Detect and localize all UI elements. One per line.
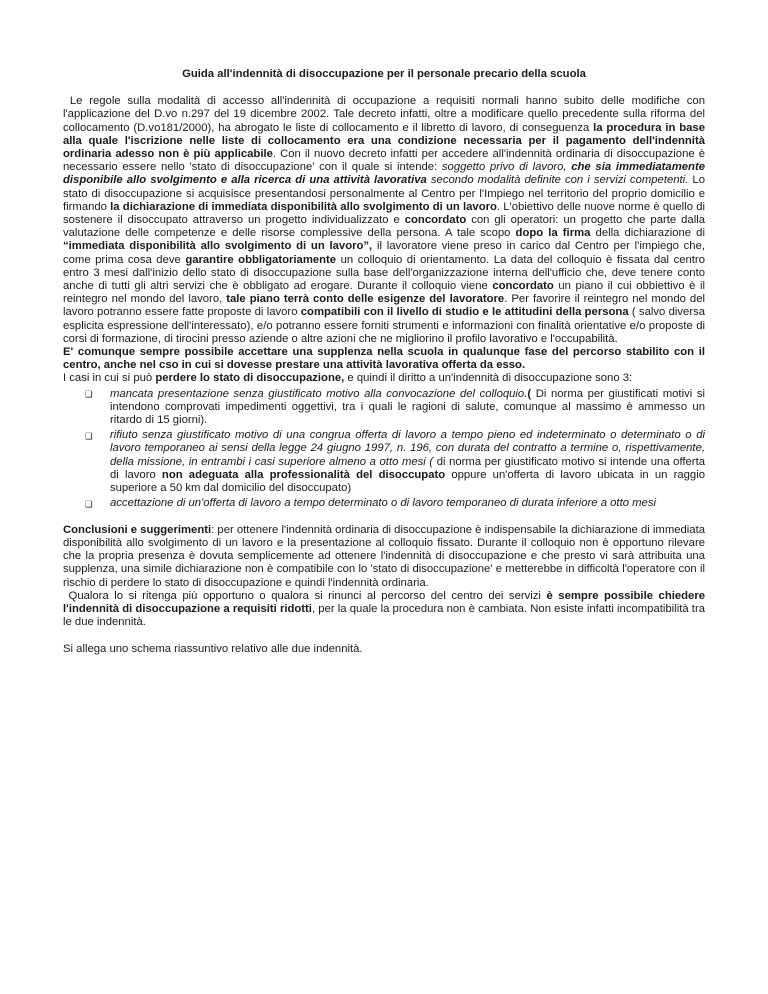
text-run: mancata presentazione senza giustificato… [110, 388, 527, 400]
paragraph: Conclusioni e suggerimenti: per ottenere… [63, 524, 705, 590]
bullet-list: ❑mancata presentazione senza giustificat… [63, 388, 705, 511]
list-item: ❑accettazione di un'offerta di lavoro a … [63, 497, 705, 510]
text-run: E' comunque sempre possibile accettare u… [63, 346, 705, 371]
text-run: Conclusioni e suggerimenti [63, 524, 211, 536]
text-run: garantire obbligatoriamente [185, 254, 336, 266]
paragraph: Qualora lo si ritenga più opportuno o qu… [63, 590, 705, 630]
text-run: concordato [492, 280, 554, 292]
text-run: accettazione di un'offerta di lavoro a t… [110, 497, 656, 509]
square-bullet-icon: ❑ [85, 498, 93, 511]
paragraph: I casi in cui si può perdere lo stato di… [63, 372, 705, 385]
text-run: secondo modalità definite con i servizi … [431, 174, 693, 186]
document-title: Guida all'indennità di disoccupazione pe… [63, 68, 705, 81]
list-item-text: mancata presentazione senza giustificato… [110, 388, 705, 426]
paragraph: E' comunque sempre possibile accettare u… [63, 346, 705, 372]
text-run: concordato [405, 214, 467, 226]
text-run: perdere lo stato di disoccupazione, [155, 372, 344, 384]
text-run: non adeguata alla professionalità del di… [162, 469, 445, 481]
text-run: compatibili con il livello di studio e l… [301, 306, 629, 318]
paragraph: Si allega uno schema riassuntivo relativ… [63, 643, 705, 656]
text-run: ( [429, 456, 436, 468]
text-run: “immediata disponibilità allo svolgiment… [63, 240, 372, 252]
text-run: Qualora lo si ritenga più opportuno o qu… [63, 590, 546, 602]
square-bullet-icon: ❑ [85, 430, 93, 443]
text-run: I casi in cui si può [63, 372, 155, 384]
paragraph: Le regole sulla modalità di accesso all'… [63, 95, 705, 346]
document-page: Guida all'indennità di disoccupazione pe… [0, 0, 768, 994]
square-bullet-icon: ❑ [85, 388, 93, 401]
list-item: ❑rifiuto senza giustificato motivo di un… [63, 429, 705, 495]
text-run: la dichiarazione di immediata disponibil… [110, 201, 497, 213]
list-item: ❑mancata presentazione senza giustificat… [63, 388, 705, 428]
list-item-text: accettazione di un'offerta di lavoro a t… [110, 497, 656, 509]
text-run: soggetto privo di lavoro, [442, 161, 571, 173]
text-run: Si allega uno schema riassuntivo relativ… [63, 643, 363, 655]
list-item-text: rifiuto senza giustificato motivo di una… [110, 429, 705, 494]
text-run: della dichiarazione di [590, 227, 705, 239]
document-body: Le regole sulla modalità di accesso all'… [63, 95, 705, 656]
text-run: e quindi il diritto a un'indennità di di… [344, 372, 632, 384]
text-run: tale piano terrà conto delle esigenze de… [226, 293, 504, 305]
text-run: dopo la firma [516, 227, 591, 239]
